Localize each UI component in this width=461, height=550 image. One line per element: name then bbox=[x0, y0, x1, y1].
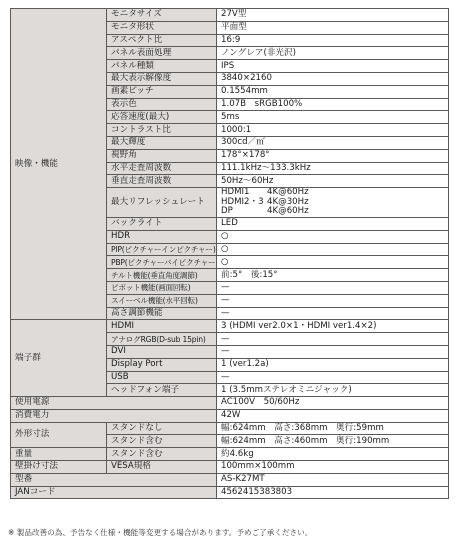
spec-value: ノングレア(非光沢) bbox=[217, 47, 449, 60]
wall-value: 100mm×100mm bbox=[217, 461, 449, 474]
spec-label: チルト機能(垂直角度調節) bbox=[107, 269, 217, 282]
jan-label: JANコード bbox=[11, 486, 217, 499]
spec-value: — bbox=[217, 307, 449, 320]
jan-value: 4562415383803 bbox=[217, 486, 449, 499]
group-label-ports: 端子群 bbox=[11, 320, 107, 397]
table-row: 型番AS-K27MT bbox=[11, 473, 449, 486]
spec-label: 画素ピッチ bbox=[107, 85, 217, 98]
spec-value: 3 (HDMI ver2.0×1・HDMI ver1.4×2) bbox=[217, 320, 449, 333]
spec-value: 1 (3.5mmステレオミニジャック) bbox=[217, 384, 449, 397]
spec-label: モニタサイズ bbox=[107, 9, 217, 22]
spec-value: — bbox=[217, 294, 449, 307]
table-row: 端子群HDMI3 (HDMI ver2.0×1・HDMI ver1.4×2) bbox=[11, 320, 449, 333]
spec-label: スタンド含む bbox=[107, 435, 217, 448]
spec-label: USB bbox=[107, 371, 217, 384]
spec-value: 幅:624mm 高さ:368mm 奥行:59mm bbox=[217, 422, 449, 435]
spec-value: 前:5° 後:15° bbox=[217, 269, 449, 282]
spec-value: 178°×178° bbox=[217, 149, 449, 162]
spec-label: 表示色 bbox=[107, 98, 217, 111]
table-row: JANコード4562415383803 bbox=[11, 486, 449, 499]
spec-value: 27V型 bbox=[217, 9, 449, 22]
table-row: 使用電源AC100V 50/60Hz bbox=[11, 397, 449, 410]
spec-value: 16:9 bbox=[217, 34, 449, 47]
power-value: AC100V 50/60Hz bbox=[217, 397, 449, 410]
spec-value: ○ bbox=[217, 256, 449, 269]
spec-value: — bbox=[217, 371, 449, 384]
spec-label: PIP(ピクチャーインピクチャー) bbox=[107, 243, 217, 256]
spec-label: ヘッドフォン端子 bbox=[107, 384, 217, 397]
table-row: 映像・機能モニタサイズ27V型 bbox=[11, 9, 449, 22]
spec-value: — bbox=[217, 345, 449, 358]
spec-label: 水平走査周波数 bbox=[107, 162, 217, 175]
spec-value: LED bbox=[217, 217, 449, 230]
spec-value: — bbox=[217, 333, 449, 346]
weight-sub-label: スタンド含む bbox=[107, 448, 217, 461]
spec-label: アナログRGB(D-sub 15pin) bbox=[107, 333, 217, 346]
spec-value: 300cd／㎡ bbox=[217, 136, 449, 149]
spec-label: モニタ形状 bbox=[107, 21, 217, 34]
spec-label: 視野角 bbox=[107, 149, 217, 162]
spec-value: 1 (ver1.2a) bbox=[217, 358, 449, 371]
dimensions-label: 外形寸法 bbox=[11, 422, 107, 448]
spec-value: 111.1kHz～133.3kHz bbox=[217, 162, 449, 175]
model-label: 型番 bbox=[11, 473, 217, 486]
table-row: 重量スタンド含む約4.6kg bbox=[11, 448, 449, 461]
refresh-rate: 4K@30Hz bbox=[267, 197, 309, 207]
table-row: 壁掛け寸法VESA規格100mm×100mm bbox=[11, 461, 449, 474]
spec-label: ピボット機能(画面回転) bbox=[107, 281, 217, 294]
spec-label: パネル表面処理 bbox=[107, 47, 217, 60]
weight-value: 約4.6kg bbox=[217, 448, 449, 461]
spec-value: ○ bbox=[217, 243, 449, 256]
spec-label: HDMI bbox=[107, 320, 217, 333]
consumption-label: 消費電力 bbox=[11, 409, 217, 422]
spec-label: PBP(ピクチャーバイピクチャー) bbox=[107, 256, 217, 269]
footnote: ※ 製品改善の為、予告なく仕様・機能等変更する場合があります。予めご了承ください… bbox=[8, 527, 312, 538]
wall-sub-label: VESA規格 bbox=[107, 461, 217, 474]
spec-value: 3840×2160 bbox=[217, 72, 449, 85]
spec-value: ○ bbox=[217, 230, 449, 243]
spec-value: 0.1554mm bbox=[217, 85, 449, 98]
spec-label: スイーベル機能(水平回転) bbox=[107, 294, 217, 307]
power-label: 使用電源 bbox=[11, 397, 217, 410]
spec-table: 映像・機能モニタサイズ27V型モニタ形状平面型アスペクト比16:9パネル表面処理… bbox=[10, 8, 449, 499]
spec-label: コントラスト比 bbox=[107, 124, 217, 137]
spec-value: 5ms bbox=[217, 111, 449, 124]
spec-value: IPS bbox=[217, 60, 449, 73]
spec-label: 応答速度(最大) bbox=[107, 111, 217, 124]
refresh-rate-value: HDMI14K@60HzHDMI2・34K@30HzDP4K@60Hz bbox=[217, 188, 449, 218]
spec-value: — bbox=[217, 281, 449, 294]
spec-value: 1.07B sRGB100% bbox=[217, 98, 449, 111]
spec-value: 幅:624mm 高さ:460mm 奥行:190mm bbox=[217, 435, 449, 448]
spec-label: Display Port bbox=[107, 358, 217, 371]
refresh-port: DP bbox=[221, 207, 267, 217]
spec-label: 高さ調節機能 bbox=[107, 307, 217, 320]
spec-label: 最大輝度 bbox=[107, 136, 217, 149]
group-label-video: 映像・機能 bbox=[11, 9, 107, 320]
spec-label: バックライト bbox=[107, 217, 217, 230]
spec-label: 最大リフレッシュレート bbox=[107, 188, 217, 218]
spec-label: パネル種類 bbox=[107, 60, 217, 73]
refresh-rate: 4K@60Hz bbox=[267, 188, 309, 198]
spec-label: HDR bbox=[107, 230, 217, 243]
spec-value: 50Hz～60Hz bbox=[217, 175, 449, 188]
model-value: AS-K27MT bbox=[217, 473, 449, 486]
spec-label: 垂直走査周波数 bbox=[107, 175, 217, 188]
table-row: 外形寸法スタンドなし幅:624mm 高さ:368mm 奥行:59mm bbox=[11, 422, 449, 435]
spec-label: アスペクト比 bbox=[107, 34, 217, 47]
refresh-rate: 4K@60Hz bbox=[267, 206, 309, 216]
wall-label: 壁掛け寸法 bbox=[11, 461, 107, 474]
table-row: 消費電力42W bbox=[11, 409, 449, 422]
spec-label: スタンドなし bbox=[107, 422, 217, 435]
spec-value: 1000:1 bbox=[217, 124, 449, 137]
consumption-value: 42W bbox=[217, 409, 449, 422]
spec-label: DVI bbox=[107, 345, 217, 358]
spec-label: 最大表示解像度 bbox=[107, 72, 217, 85]
spec-value: 平面型 bbox=[217, 21, 449, 34]
weight-label: 重量 bbox=[11, 448, 107, 461]
